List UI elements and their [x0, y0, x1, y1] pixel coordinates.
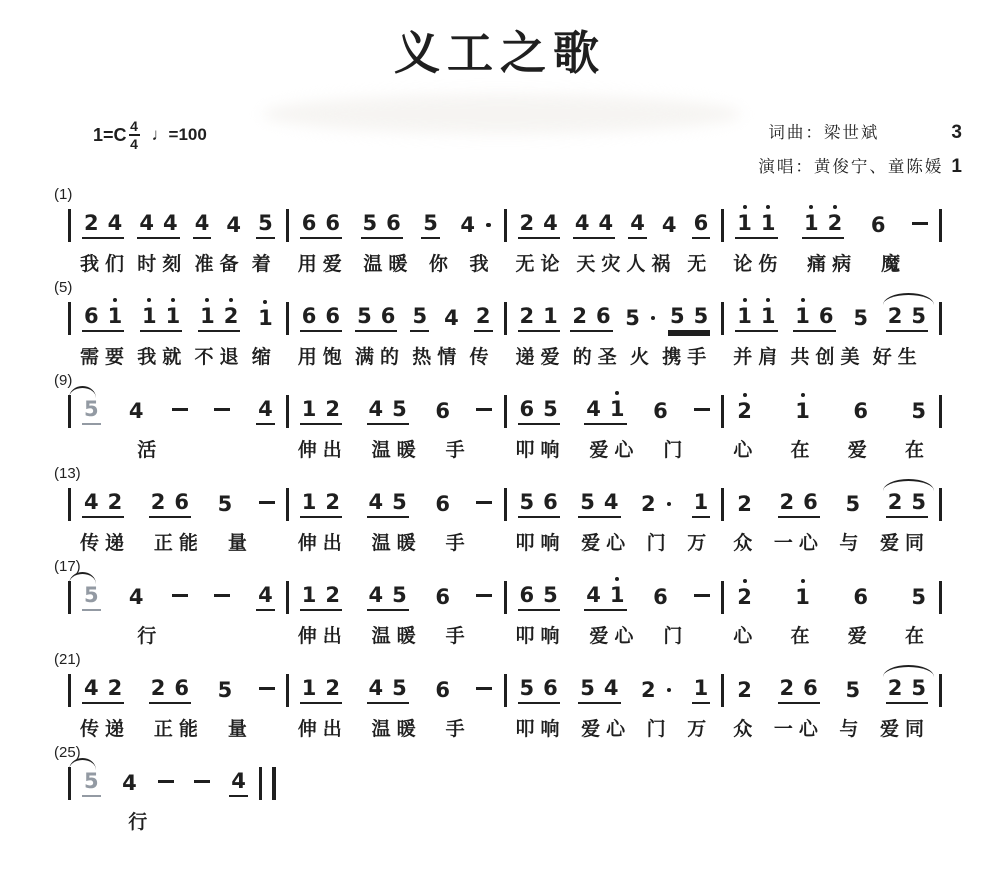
- note-token: 12: [198, 306, 240, 332]
- note-digit: 2: [151, 492, 166, 513]
- tie-arc: [69, 386, 96, 398]
- note-digit: 5: [84, 771, 99, 792]
- dash-note: [259, 687, 275, 690]
- composer-label: 词曲：梁世斌: [768, 119, 879, 143]
- note-token: 1: [256, 308, 275, 332]
- lyrics-row: 无论天灾人祸无: [507, 249, 722, 273]
- note-token: 5: [216, 494, 235, 518]
- augmentation-dot: [651, 316, 656, 321]
- note-token: 4: [628, 213, 647, 239]
- lyric-syllable: 在: [790, 621, 815, 645]
- note-digit: 1: [694, 678, 709, 699]
- note-digit: 5: [543, 399, 558, 420]
- note-digit: 6: [520, 585, 535, 606]
- lyrics-row: 众一心与爱同: [724, 528, 939, 552]
- notes-row: 1116525: [724, 302, 939, 332]
- notes-row: 544: [71, 767, 259, 797]
- system-row: (17)544行12456伸出温暖手65416叩响爱心门2165心在爱在: [68, 552, 942, 645]
- note-token: 6: [651, 587, 670, 611]
- lyric-syllable: 门: [663, 435, 688, 459]
- lyric-syllable: 一心: [774, 714, 824, 738]
- note-digit: 4: [129, 587, 144, 608]
- sheet-music-page: 义工之歌 1=C 4 4 ♩=100 词曲：梁世斌 3 演唱：黄俊宁、童陈媛 1…: [0, 0, 1000, 885]
- lyric-syllable: 在: [790, 435, 815, 459]
- lyric-syllable: 爱同: [880, 528, 930, 552]
- note-token: 44: [573, 213, 615, 239]
- note-digit: 4: [122, 773, 137, 794]
- note-token: 11: [140, 306, 182, 332]
- note-token: 5: [216, 680, 235, 704]
- note-digit: 6: [435, 680, 450, 701]
- notes-row: 565421: [507, 674, 722, 704]
- note-digit: 5: [694, 306, 709, 327]
- dash-note: [694, 408, 710, 411]
- lyric-syllable: 门: [647, 714, 672, 738]
- note-token: 4: [660, 215, 679, 239]
- note-digit: 4: [108, 213, 123, 234]
- note-digit: 5: [218, 680, 233, 701]
- note-token: 4: [458, 215, 492, 239]
- note-digit: 6: [84, 306, 99, 327]
- note-digit: 2: [325, 399, 340, 420]
- measure: 665654用爱温暖你我: [289, 209, 504, 273]
- note-token: 65: [518, 399, 560, 425]
- note-digit: 6: [381, 306, 396, 327]
- singer-label: 演唱：黄俊宁、童陈媛: [758, 153, 943, 177]
- notes-row: 2126555: [507, 302, 722, 332]
- note-digit: 2: [641, 494, 656, 515]
- note-digit: 6: [520, 399, 535, 420]
- note-digit: 1: [302, 492, 317, 513]
- note-digit: 1: [610, 585, 625, 606]
- lyric-syllable: 热情: [412, 342, 462, 366]
- note-digit: 2: [520, 306, 535, 327]
- notes-row: 2165: [724, 395, 939, 425]
- measures-row: 6111121需要我就不退缩6656542用饱满的热情传2126555递爱的圣火…: [68, 302, 942, 366]
- note-digit: 4: [258, 399, 273, 420]
- note-token: 56: [361, 213, 403, 239]
- lyric-syllable: 正能: [154, 714, 204, 738]
- notes-row: 665654: [289, 209, 504, 239]
- note-digit: 4: [630, 213, 645, 234]
- note-digit: 4: [163, 213, 178, 234]
- note-digit: 1: [795, 401, 810, 422]
- lyric-syllable: 在: [905, 435, 930, 459]
- measure-number-label: (13): [54, 465, 81, 482]
- lyric-syllable: 爱同: [880, 714, 930, 738]
- note-token: 5: [623, 308, 657, 332]
- note-token: 11: [735, 306, 777, 332]
- note-digit: 2: [224, 306, 239, 327]
- note-digit: 5: [520, 492, 535, 513]
- notes-row: 12456: [289, 581, 504, 611]
- lyric-syllable: 着: [252, 249, 277, 273]
- barline: [939, 395, 942, 428]
- note-digit: 6: [653, 587, 668, 608]
- note-digit: 5: [580, 492, 595, 513]
- note-token: 2: [639, 680, 673, 704]
- note-token: 4: [224, 215, 243, 239]
- lyric-syllable: 缩: [252, 342, 277, 366]
- note-token: 4: [193, 213, 212, 239]
- note-digit: 2: [108, 492, 123, 513]
- lyric-syllable: 温暖: [372, 714, 422, 738]
- note-token: 2: [735, 587, 754, 611]
- lyrics-row: 递爱的圣火携手: [507, 342, 722, 366]
- lyric-syllable: 用爱: [298, 249, 348, 273]
- lyrics-row: 需要我就不退缩: [71, 342, 286, 366]
- notes-row: 544: [71, 395, 286, 425]
- note-digit: 6: [386, 213, 401, 234]
- lyric-syllable: 论伤: [733, 249, 783, 273]
- notes-row: 2444445: [71, 209, 286, 239]
- note-token: 5: [256, 213, 275, 239]
- notes-row: 65416: [507, 581, 722, 611]
- note-token: 16: [793, 306, 835, 332]
- lyric-syllable: 爱心: [581, 528, 631, 552]
- note-token: 2: [735, 494, 754, 518]
- note-digit: 5: [392, 678, 407, 699]
- note-digit: 6: [435, 401, 450, 422]
- slur-arc: [883, 293, 934, 305]
- measure: 565421叩响爱心门万: [507, 488, 722, 552]
- lyric-syllable: 时刻: [137, 249, 187, 273]
- lyric-syllable: 叩响: [516, 435, 566, 459]
- note-token: 12: [300, 399, 342, 425]
- note-digit: 6: [871, 215, 886, 236]
- note-token: 6: [869, 215, 888, 239]
- note-digit: 5: [625, 308, 640, 329]
- note-digit: 1: [166, 306, 181, 327]
- note-digit: 1: [543, 306, 558, 327]
- measure: 544活: [71, 395, 286, 459]
- meter-upper: 4: [130, 119, 138, 134]
- note-digit: 6: [174, 678, 189, 699]
- measure: 65416叩响爱心门: [507, 581, 722, 645]
- measures-row: 42265传递正能量12456伸出温暖手565421叩响爱心门万226525众一…: [68, 488, 942, 552]
- note-token: 26: [778, 492, 820, 518]
- note-digit: 1: [737, 213, 752, 234]
- note-digit: 4: [662, 215, 677, 236]
- lyrics-row: 伸出温暖手: [289, 528, 504, 552]
- note-digit: 4: [231, 771, 246, 792]
- notes-row: 6656542: [289, 302, 504, 332]
- lyric-syllable: 与: [839, 714, 864, 738]
- measure: 6111121需要我就不退缩: [71, 302, 286, 366]
- lyrics-row: 伸出温暖手: [289, 621, 504, 645]
- lyrics-row: 活: [71, 435, 286, 459]
- lyrics-row: 传递正能量: [71, 528, 286, 552]
- note-digit: 6: [302, 213, 317, 234]
- note-digit: 4: [369, 492, 384, 513]
- measure-number-label: (9): [54, 372, 72, 389]
- note-digit: 2: [888, 492, 903, 513]
- system-row: (1)2444445我们时刻准备着665654用爱温暖你我2444446无论天灾…: [68, 180, 942, 273]
- lyric-syllable: 门: [663, 621, 688, 645]
- note-token: 4: [120, 773, 139, 797]
- note-digit: 6: [435, 494, 450, 515]
- note-token: 41: [584, 399, 626, 425]
- note-digit: 4: [604, 678, 619, 699]
- note-token: 42: [82, 492, 124, 518]
- note-digit: 5: [670, 306, 685, 327]
- lyrics-row: 传递正能量: [71, 714, 286, 738]
- note-token: 6: [433, 680, 452, 704]
- note-digit: 2: [108, 678, 123, 699]
- measure-number-label: (1): [54, 186, 72, 203]
- note-digit: 4: [543, 213, 558, 234]
- measure: 544行: [71, 767, 259, 831]
- lyric-syllable: 温暖: [363, 249, 413, 273]
- note-digit: 1: [694, 492, 709, 513]
- measure: 42265传递正能量: [71, 488, 286, 552]
- note-digit: 1: [795, 587, 810, 608]
- note-token: 4: [256, 399, 275, 425]
- note-digit: 1: [795, 306, 810, 327]
- lyric-syllable: 叩响: [516, 714, 566, 738]
- lyric-syllable: 心: [733, 621, 758, 645]
- note-token: 4: [127, 401, 146, 425]
- note-digit: 5: [845, 494, 860, 515]
- lyric-syllable: 你: [429, 249, 454, 273]
- lyrics-row: 伸出温暖手: [289, 714, 504, 738]
- note-token: 5: [843, 680, 862, 704]
- measure: 2444446无论天灾人祸无: [507, 209, 722, 273]
- measure: 65416叩响爱心门: [507, 395, 722, 459]
- lyric-syllable: 伸出: [298, 714, 348, 738]
- composer-credit: 词曲：梁世斌 3: [768, 119, 962, 144]
- note-token: 12: [300, 678, 342, 704]
- note-digit: 4: [369, 678, 384, 699]
- note-digit: 1: [258, 308, 273, 329]
- measure: 12456伸出温暖手: [289, 395, 504, 459]
- note-digit: 2: [151, 678, 166, 699]
- note-token: 4: [127, 587, 146, 611]
- measures-row: 544活12456伸出温暖手65416叩响爱心门2165心在爱在: [68, 395, 942, 459]
- singer-number: 1: [951, 156, 962, 178]
- notes-row: 65416: [507, 395, 722, 425]
- note-digit: 2: [888, 678, 903, 699]
- lyric-syllable: 爱: [848, 435, 873, 459]
- note-digit: 4: [586, 399, 601, 420]
- note-digit: 5: [412, 306, 427, 327]
- note-token: 1: [692, 492, 711, 518]
- note-digit: 2: [641, 680, 656, 701]
- note-token: 5: [851, 308, 870, 332]
- note-token: 6: [433, 587, 452, 611]
- system-row: (13)42265传递正能量12456伸出温暖手565421叩响爱心门万2265…: [68, 459, 942, 552]
- note-token: 5: [909, 587, 928, 611]
- lyrics-row: 论伤痛病魔: [724, 249, 939, 273]
- notes-row: 42265: [71, 674, 286, 704]
- lyrics-row: 叩响爱心门万: [507, 714, 722, 738]
- note-digit: 6: [543, 678, 558, 699]
- barline: [939, 581, 942, 614]
- note-token: 4: [256, 585, 275, 611]
- note-token: 5: [909, 401, 928, 425]
- note-digit: 6: [325, 213, 340, 234]
- dash-note: [214, 408, 230, 411]
- note-digit: 4: [226, 215, 241, 236]
- score: (1)2444445我们时刻准备着665654用爱温暖你我2444446无论天灾…: [0, 180, 1000, 831]
- note-token: 25: [886, 492, 928, 518]
- note-digit: 5: [911, 587, 926, 608]
- note-digit: 5: [84, 585, 99, 606]
- note-token: 26: [149, 492, 191, 518]
- note-token: 5: [82, 399, 101, 425]
- dash-note: [476, 501, 492, 504]
- note-digit: 5: [911, 678, 926, 699]
- note-token: 2: [474, 306, 493, 332]
- note-token: 4: [229, 771, 248, 797]
- lyrics-row: 叩响爱心门: [507, 621, 722, 645]
- measure: 226525众一心与爱同: [724, 488, 939, 552]
- lyric-syllable: 伸出: [298, 528, 348, 552]
- lyric-syllable: 万: [687, 714, 712, 738]
- lyric-syllable: 心: [733, 435, 758, 459]
- note-token: 12: [802, 213, 844, 239]
- note-token: 2: [735, 680, 754, 704]
- note-token: 54: [578, 678, 620, 704]
- system-row: (9)544活12456伸出温暖手65416叩响爱心门2165心在爱在: [68, 366, 942, 459]
- note-digit: 4: [369, 585, 384, 606]
- note-token: 26: [570, 306, 612, 332]
- dash-note: [476, 408, 492, 411]
- lyrics-row: 我们时刻准备着: [71, 249, 286, 273]
- slur-arc: [883, 665, 934, 677]
- note-digit: 2: [737, 494, 752, 515]
- notes-row: 12456: [289, 395, 504, 425]
- measure: 11126论伤痛病魔: [724, 209, 939, 273]
- note-digit: 6: [302, 306, 317, 327]
- note-digit: 5: [392, 585, 407, 606]
- note-digit: 4: [195, 213, 210, 234]
- note-digit: 1: [302, 585, 317, 606]
- note-digit: 5: [258, 213, 273, 234]
- lyric-syllable: 叩响: [516, 528, 566, 552]
- note-digit: 6: [653, 401, 668, 422]
- note-token: 6: [851, 401, 870, 425]
- lyric-syllable: 需要: [80, 342, 130, 366]
- note-digit: 6: [174, 492, 189, 513]
- measure-number-label: (5): [54, 279, 72, 296]
- lyric-syllable: 不退: [194, 342, 244, 366]
- measure: 1116525并肩共创美好生: [724, 302, 939, 366]
- dash-note: [476, 687, 492, 690]
- lyric-syllable: 门: [647, 528, 672, 552]
- note-digit: 2: [780, 492, 795, 513]
- lyric-syllable: 好生: [873, 342, 923, 366]
- measures-row: 42265传递正能量12456伸出温暖手565421叩响爱心门万226525众一…: [68, 674, 942, 738]
- note-digit: 5: [84, 399, 99, 420]
- measure: 226525众一心与爱同: [724, 674, 939, 738]
- note-digit: 6: [803, 678, 818, 699]
- lyric-syllable: 叩响: [516, 621, 566, 645]
- lyric-syllable: 的圣: [573, 342, 623, 366]
- note-token: 56: [355, 306, 397, 332]
- note-digit: 2: [737, 401, 752, 422]
- lyrics-row: 伸出温暖手: [289, 435, 504, 459]
- dash-note: [158, 780, 174, 783]
- barline: [939, 302, 942, 335]
- measures-row: 2444445我们时刻准备着665654用爱温暖你我2444446无论天灾人祸无…: [68, 209, 942, 273]
- lyrics-row: 行: [71, 621, 286, 645]
- note-token: 12: [300, 585, 342, 611]
- note-token: 5: [82, 585, 101, 611]
- lyric-syllable: 量: [228, 714, 253, 738]
- notes-row: 6111121: [71, 302, 286, 332]
- lyric-syllable: 爱: [848, 621, 873, 645]
- note-digit: 2: [572, 306, 587, 327]
- lyric-syllable: 行: [137, 621, 162, 645]
- lyric-syllable: 天灾人祸: [576, 249, 676, 273]
- system-row: (21)42265传递正能量12456伸出温暖手565421叩响爱心门万2265…: [68, 645, 942, 738]
- note-digit: 6: [325, 306, 340, 327]
- dash-note: [259, 501, 275, 504]
- lyric-syllable: 手: [446, 435, 471, 459]
- note-digit: 6: [853, 587, 868, 608]
- note-token: 4: [442, 308, 461, 332]
- note-digit: 2: [888, 306, 903, 327]
- note-digit: 6: [853, 401, 868, 422]
- note-digit: 2: [325, 492, 340, 513]
- note-digit: 5: [423, 213, 438, 234]
- augmentation-dot: [667, 502, 672, 507]
- note-digit: 5: [357, 306, 372, 327]
- note-token: 6: [433, 401, 452, 425]
- lyric-syllable: 温暖: [372, 621, 422, 645]
- note-digit: 1: [761, 306, 776, 327]
- lyric-syllable: 传: [469, 342, 494, 366]
- measures-row: 544行: [68, 767, 942, 831]
- lyric-syllable: 用饱: [298, 342, 348, 366]
- note-token: 56: [518, 678, 560, 704]
- note-digit: 5: [911, 306, 926, 327]
- note-digit: 2: [325, 585, 340, 606]
- notes-row: 226525: [724, 674, 939, 704]
- measure: 12456伸出温暖手: [289, 488, 504, 552]
- note-token: 24: [518, 213, 560, 239]
- lyrics-row: 叩响爱心门万: [507, 528, 722, 552]
- note-digit: 4: [604, 492, 619, 513]
- lyric-syllable: 手: [446, 714, 471, 738]
- notes-row: 42265: [71, 488, 286, 518]
- lyrics-row: 用爱温暖你我: [289, 249, 504, 273]
- note-digit: 1: [804, 213, 819, 234]
- notes-row: 2444446: [507, 209, 722, 239]
- lyrics-row: 心在爱在: [724, 621, 939, 645]
- dash-note: [194, 780, 210, 783]
- lyric-syllable: 魔: [881, 249, 906, 273]
- note-digit: 4: [129, 401, 144, 422]
- lyric-syllable: 我们: [80, 249, 130, 273]
- final-double-barline: [259, 767, 276, 800]
- note-digit: 5: [363, 213, 378, 234]
- notes-row: 544: [71, 581, 286, 611]
- lyric-syllable: 手: [446, 621, 471, 645]
- augmentation-dot: [667, 688, 672, 693]
- lyric-syllable: 万: [687, 528, 712, 552]
- augmentation-dot: [486, 223, 491, 228]
- tempo-marking: ♩=100: [152, 125, 207, 145]
- note-digit: 2: [737, 587, 752, 608]
- dash-note: [912, 222, 928, 225]
- note-digit: 1: [737, 306, 752, 327]
- note-digit: 4: [84, 492, 99, 513]
- lyric-syllable: 正能: [154, 528, 204, 552]
- note-token: 6: [692, 213, 711, 239]
- measure: 2165心在爱在: [724, 581, 939, 645]
